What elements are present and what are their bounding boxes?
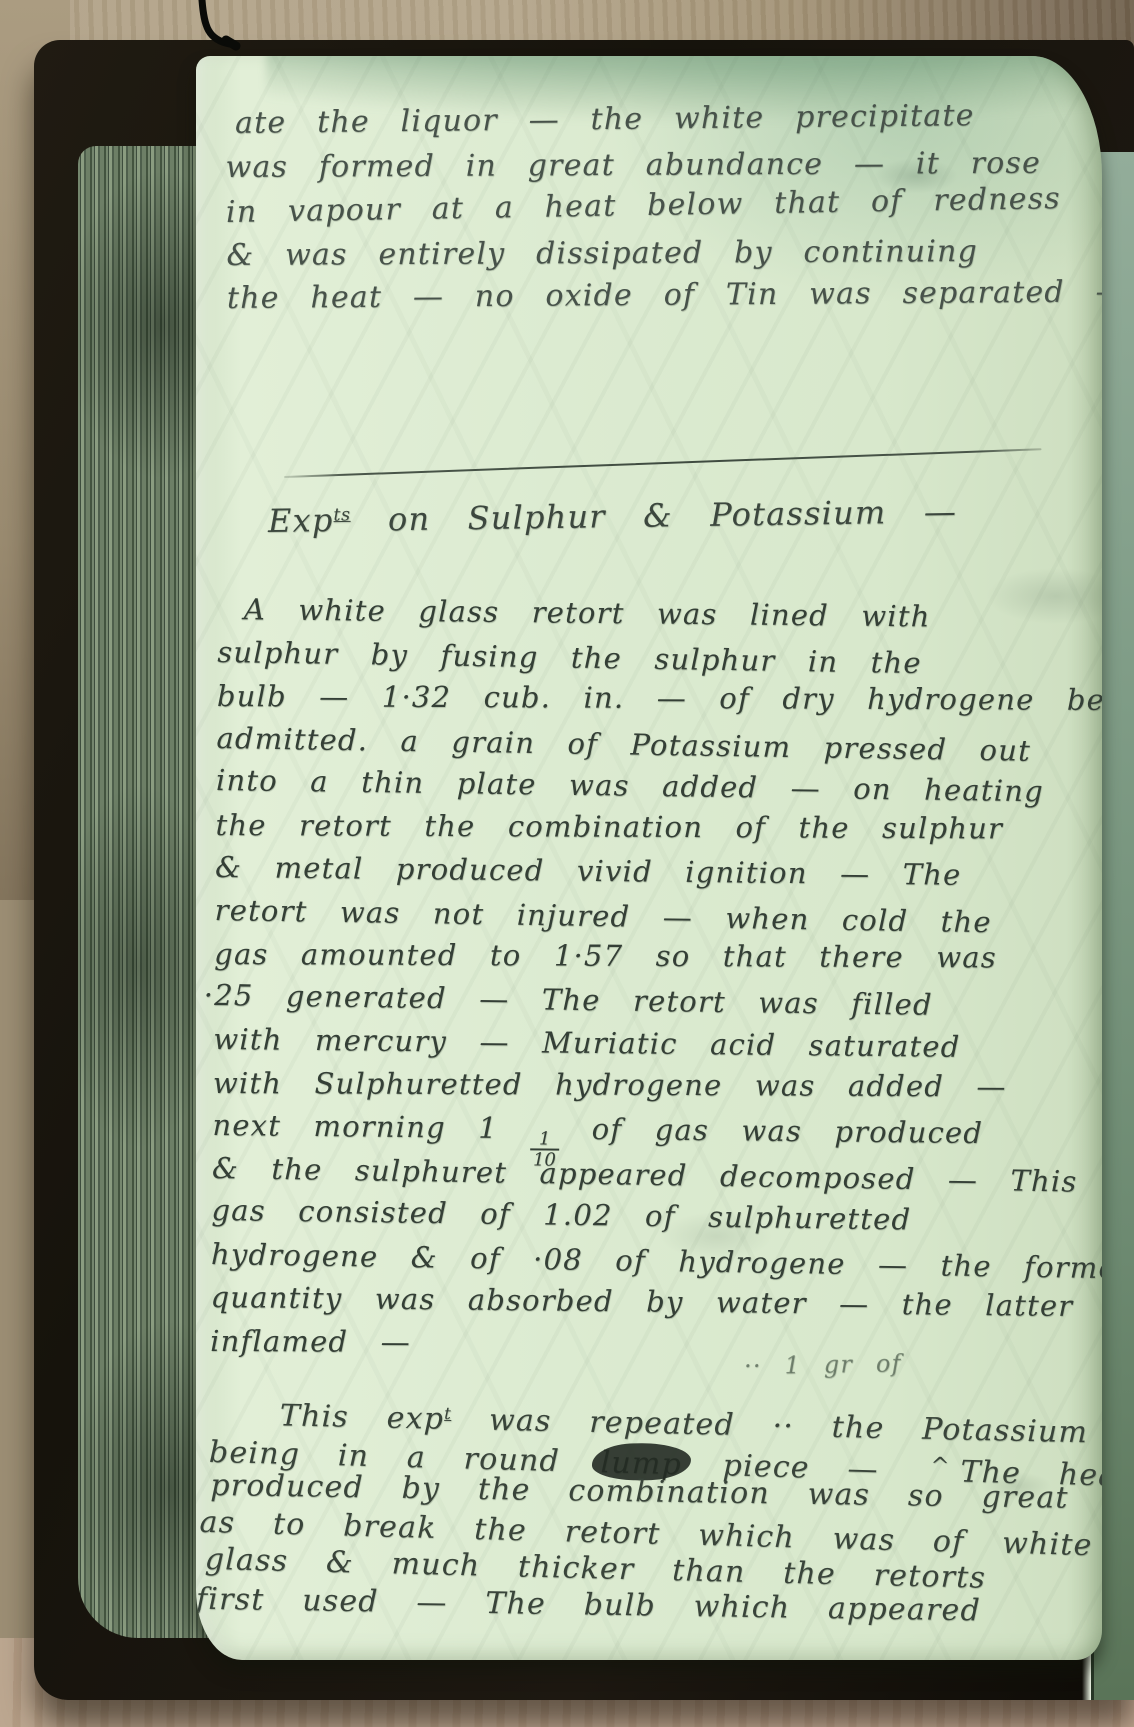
heading-text: Exp	[268, 501, 334, 540]
line-text: next morning 1	[212, 1108, 530, 1145]
experiment-paragraph: A white glass retort was lined with sulp…	[210, 588, 1102, 1372]
notebook-photograph: ate the liquor — the white precipitate w…	[0, 0, 1134, 1727]
manuscript-line: the heat — no oxide of Tin was separated…	[227, 270, 1102, 321]
interlinear-note: ·· 1 gr of	[744, 1349, 902, 1380]
divider-rule	[284, 448, 1042, 478]
repeat-experiment-paragraph: This expt was repeated ·· the Potassium …	[208, 1390, 1102, 1637]
manuscript-line: bulb — 1·32 cub. in. — of dry hydrogene …	[217, 675, 1102, 722]
manuscript-line: the retort the combination of the sulphu…	[215, 804, 1102, 851]
fraction-numerator: 1	[539, 1131, 551, 1149]
heading-text: on Sulphur & Potassium —	[350, 492, 957, 538]
manuscript-line: inflamed —	[210, 1320, 1102, 1367]
heading-superscript: ts	[333, 505, 350, 525]
manuscript-line: gas amounted to 1·57 so that there was	[214, 933, 1102, 980]
line-text: of gas was produced	[559, 1112, 983, 1150]
manuscript-line: with Sulphuretted hydrogene was added —	[213, 1062, 1102, 1109]
manuscript-line: ate the liquor — the white precipitate	[235, 93, 1102, 146]
insertion-caret: ^	[930, 1453, 951, 1480]
section-heading: Expts on Sulphur & Potassium —	[268, 492, 958, 540]
opening-paragraph: ate the liquor — the white precipitate w…	[225, 93, 1102, 322]
manuscript-page: ate the liquor — the white precipitate w…	[196, 56, 1102, 1660]
